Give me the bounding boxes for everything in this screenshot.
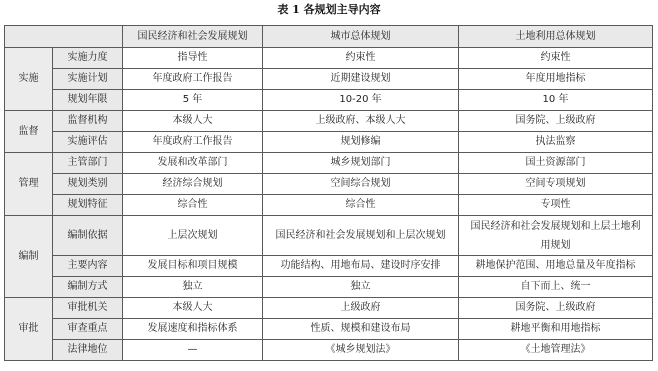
item-cell: 实施计划 (53, 69, 123, 90)
table-row: 编制 编制依据 上层次规划 国民经济和社会发展规划和上层次规划 国民经济和社会发… (5, 216, 653, 256)
header-row: 国民经济和社会发展规划 城市总体规划 土地利用总体规划 (5, 26, 653, 48)
table-row: 编制方式 独立 独立 自下而上、统一 (5, 277, 653, 298)
table-row: 实施计划 年度政府工作报告 近期建设规划 年度用地指标 (5, 69, 653, 90)
value-cell: 10 年 (459, 90, 653, 111)
value-cell: 年度用地指标 (459, 69, 653, 90)
value-cell: 综合性 (263, 195, 459, 216)
value-cell: 本级人大 (123, 298, 263, 319)
column-header: 土地利用总体规划 (459, 26, 653, 48)
value-cell: 国土资源部门 (459, 153, 653, 174)
item-cell: 规划类别 (53, 174, 123, 195)
value-cell: 发展目标和项目规模 (123, 256, 263, 277)
item-cell: 实施力度 (53, 48, 123, 69)
value-cell: 空间综合规划 (263, 174, 459, 195)
table-row: 审批 审批机关 本级人大 上级政府 国务院、上级政府 (5, 298, 653, 319)
value-cell: 国务院、上级政府 (459, 111, 653, 132)
value-cell: 年度政府工作报告 (123, 132, 263, 153)
value-cell: 《城乡规划法》 (263, 340, 459, 361)
item-cell: 规划年限 (53, 90, 123, 111)
table-row: 规划年限 5 年 10-20 年 10 年 (5, 90, 653, 111)
item-cell: 实施评估 (53, 132, 123, 153)
table-row: 主要内容 发展目标和项目规模 功能结构、用地布局、建设时序安排 耕地保护范围、用… (5, 256, 653, 277)
value-cell: 国民经济和社会发展规划和上层土地利用规划 (459, 216, 653, 256)
value-cell: 性质、规模和建设布局 (263, 319, 459, 340)
corner-header-cell (5, 26, 123, 48)
value-cell: 规划修编 (263, 132, 459, 153)
value-cell: 耕地平衡和用地指标 (459, 319, 653, 340)
value-cell: 空间专项规划 (459, 174, 653, 195)
value-cell: 指导性 (123, 48, 263, 69)
table-row: 实施 实施力度 指导性 约束性 约束性 (5, 48, 653, 69)
category-cell: 管理 (5, 153, 53, 216)
value-cell: 综合性 (123, 195, 263, 216)
value-cell: 国务院、上级政府 (459, 298, 653, 319)
value-cell: 独立 (263, 277, 459, 298)
value-cell: 上级政府、本级人大 (263, 111, 459, 132)
table-title: 表 1 各规划主导内容 (0, 1, 658, 17)
value-cell: 约束性 (459, 48, 653, 69)
value-cell: 功能结构、用地布局、建设时序安排 (263, 256, 459, 277)
value-cell: 年度政府工作报告 (123, 69, 263, 90)
value-cell: 自下而上、统一 (459, 277, 653, 298)
item-cell: 法律地位 (53, 340, 123, 361)
table-row: 实施评估 年度政府工作报告 规划修编 执法监察 (5, 132, 653, 153)
item-cell: 编制依据 (53, 216, 123, 256)
value-cell: 《土地管理法》 (459, 340, 653, 361)
table-row: 规划特征 综合性 综合性 专项性 (5, 195, 653, 216)
category-cell: 编制 (5, 216, 53, 298)
item-cell: 审批机关 (53, 298, 123, 319)
value-cell: 上层次规划 (123, 216, 263, 256)
value-cell: 上级政府 (263, 298, 459, 319)
item-cell: 主管部门 (53, 153, 123, 174)
item-cell: 规划特征 (53, 195, 123, 216)
item-cell: 主要内容 (53, 256, 123, 277)
value-cell: 执法监察 (459, 132, 653, 153)
value-cell: 专项性 (459, 195, 653, 216)
column-header: 城市总体规划 (263, 26, 459, 48)
item-cell: 编制方式 (53, 277, 123, 298)
column-header: 国民经济和社会发展规划 (123, 26, 263, 48)
table-row: 审查重点 发展速度和指标体系 性质、规模和建设布局 耕地平衡和用地指标 (5, 319, 653, 340)
category-cell: 监督 (5, 111, 53, 153)
value-cell: 国民经济和社会发展规划和上层次规划 (263, 216, 459, 256)
table-row: 规划类别 经济综合规划 空间综合规划 空间专项规划 (5, 174, 653, 195)
value-cell: 发展速度和指标体系 (123, 319, 263, 340)
value-cell: 耕地保护范围、用地总量及年度指标 (459, 256, 653, 277)
value-cell: — (123, 340, 263, 361)
item-cell: 监督机构 (53, 111, 123, 132)
value-cell: 近期建设规划 (263, 69, 459, 90)
planning-comparison-table: 国民经济和社会发展规划 城市总体规划 土地利用总体规划 实施 实施力度 指导性 … (4, 25, 653, 361)
table-row: 法律地位 — 《城乡规划法》 《土地管理法》 (5, 340, 653, 361)
value-cell: 10-20 年 (263, 90, 459, 111)
value-cell: 本级人大 (123, 111, 263, 132)
value-cell: 5 年 (123, 90, 263, 111)
value-cell: 约束性 (263, 48, 459, 69)
value-cell: 独立 (123, 277, 263, 298)
table-row: 监督 监督机构 本级人大 上级政府、本级人大 国务院、上级政府 (5, 111, 653, 132)
value-cell: 发展和改革部门 (123, 153, 263, 174)
category-cell: 实施 (5, 48, 53, 111)
table-row: 管理 主管部门 发展和改革部门 城乡规划部门 国土资源部门 (5, 153, 653, 174)
category-cell: 审批 (5, 298, 53, 361)
item-cell: 审查重点 (53, 319, 123, 340)
value-cell: 经济综合规划 (123, 174, 263, 195)
value-cell: 城乡规划部门 (263, 153, 459, 174)
